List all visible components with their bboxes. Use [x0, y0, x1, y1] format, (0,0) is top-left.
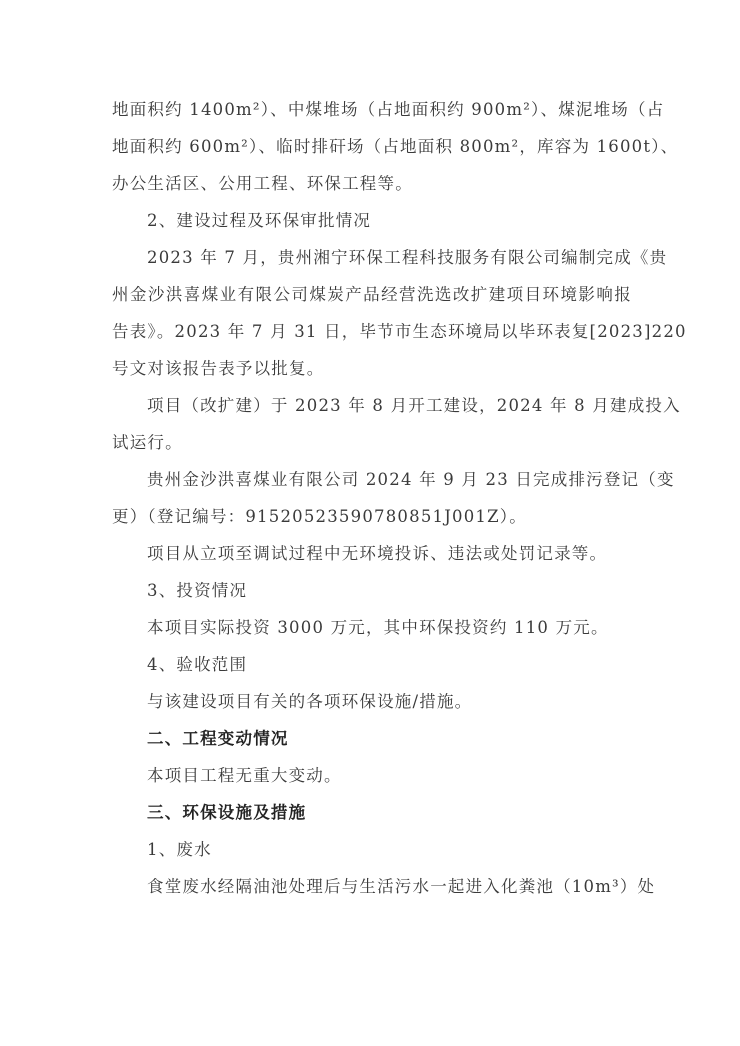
body-text-line: 2023 年 7 月，贵州湘宁环保工程科技服务有限公司编制完成《贵: [147, 247, 632, 269]
body-text-line: 项目（改扩建）于 2023 年 8 月开工建设，2024 年 8 月建成投入: [147, 395, 632, 417]
body-text-line: 试运行。: [112, 432, 632, 454]
body-text-line: 地面积约 600m²）、临时排矸场（占地面积 800m²，库容为 1600t）、: [112, 136, 632, 158]
section-heading: 2、建设过程及环保审批情况: [147, 210, 667, 232]
body-text-line: 项目从立项至调试过程中无环境投诉、违法或处罚记录等。: [147, 543, 667, 565]
body-text-line: 本项目工程无重大变动。: [147, 765, 667, 787]
body-text-line: 办公生活区、公用工程、环保工程等。: [112, 173, 632, 195]
body-text-line: 贵州金沙洪喜煤业有限公司 2024 年 9 月 23 日完成排污登记（变: [147, 469, 632, 491]
body-text-line: 本项目实际投资 3000 万元，其中环保投资约 110 万元。: [147, 617, 667, 639]
section-heading: 1、废水: [147, 839, 667, 861]
document-page: 地面积约 1400m²）、中煤堆场（占地面积约 900m²）、煤泥堆场（占 地面…: [0, 0, 740, 1046]
body-text-line: 号文对该报告表予以批复。: [112, 358, 632, 380]
body-text-line: 食堂废水经隔油池处理后与生活污水一起进入化粪池（10m³）处: [147, 876, 632, 898]
body-text-line: 州金沙洪喜煤业有限公司煤炭产品经营洗选改扩建项目环境影响报: [112, 284, 632, 306]
body-text-line: 地面积约 1400m²）、中煤堆场（占地面积约 900m²）、煤泥堆场（占: [112, 99, 632, 121]
body-text-line: 告表》。2023 年 7 月 31 日，毕节市生态环境局以毕环表复[2023]2…: [112, 321, 632, 343]
body-text-line: 与该建设项目有关的各项环保设施/措施。: [147, 691, 667, 713]
chapter-heading: 三、环保设施及措施: [147, 802, 667, 824]
chapter-heading: 二、工程变动情况: [147, 728, 667, 750]
section-heading: 3、投资情况: [147, 580, 667, 602]
body-text-line: 更）（登记编号：91520523590780851J001Z）。: [112, 506, 632, 528]
section-heading: 4、验收范围: [147, 654, 667, 676]
